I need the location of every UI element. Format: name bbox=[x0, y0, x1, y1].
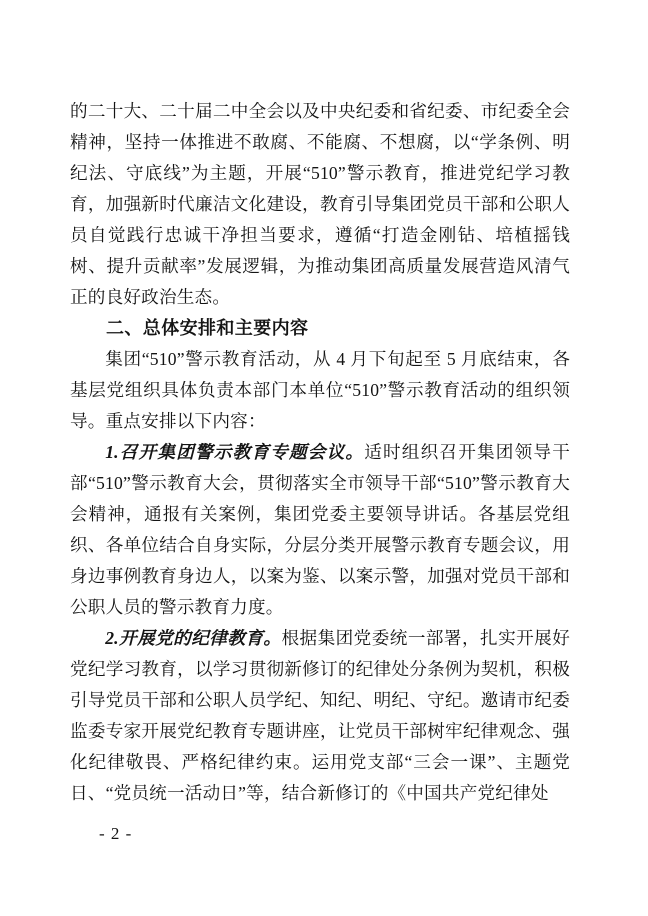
item-1-text: 适时组织召开集团领导干部“510”警示教育大会，贯彻落实全市领导干部“510”警… bbox=[70, 442, 570, 617]
document-body: 的二十大、二十届二中全会以及中央纪委和省纪委、市纪委全会精神，坚持一体推进不敢腐… bbox=[70, 96, 570, 809]
paragraph-item-2: 2.开展党的纪律教育。根据集团党委统一部署，扎实开展好党纪学习教育，以学习贯彻新… bbox=[70, 623, 570, 809]
section-heading: 二、总体安排和主要内容 bbox=[70, 313, 570, 344]
item-1-lead: 1.召开集团警示教育专题会议。 bbox=[105, 442, 364, 462]
paragraph-item-1: 1.召开集团警示教育专题会议。适时组织召开集团领导干部“510”警示教育大会，贯… bbox=[70, 437, 570, 623]
document-page: 的二十大、二十届二中全会以及中央纪委和省纪委、市纪委全会精神，坚持一体推进不敢腐… bbox=[0, 0, 648, 916]
paragraph-overview: 集团“510”警示教育活动，从 4 月下旬起至 5 月底结束，各基层党组织具体负… bbox=[70, 344, 570, 437]
item-2-lead: 2.开展党的纪律教育。 bbox=[105, 628, 281, 648]
paragraph-continuation: 的二十大、二十届二中全会以及中央纪委和省纪委、市纪委全会精神，坚持一体推进不敢腐… bbox=[70, 96, 570, 313]
page-number: - 2 - bbox=[99, 824, 132, 844]
item-2-text: 根据集团党委统一部署，扎实开展好党纪学习教育，以学习贯彻新修订的纪律处分条例为契… bbox=[70, 628, 570, 803]
